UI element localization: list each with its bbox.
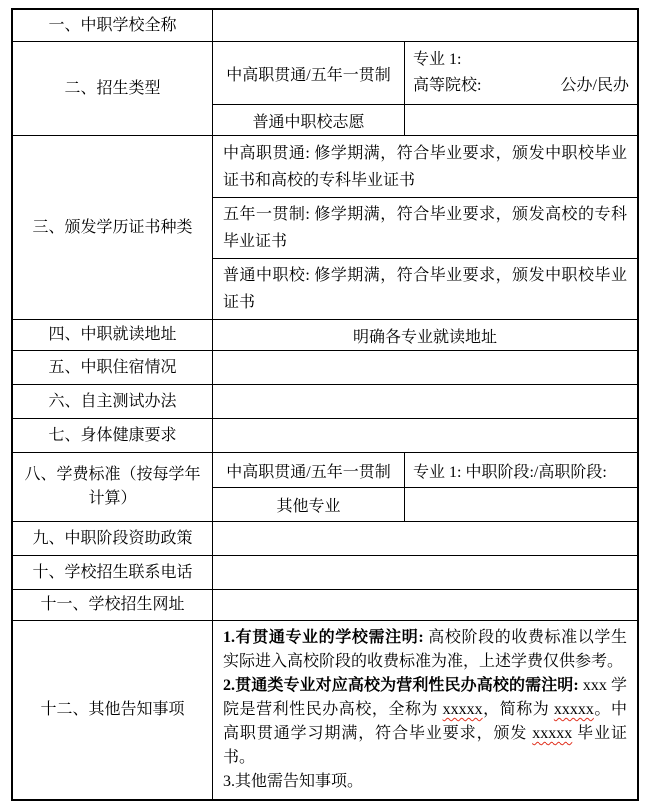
label-enrollment-type: 二、招生类型 [13, 42, 213, 135]
cell-tuition-through: 中高职贯通/五年一贯制 [213, 453, 405, 487]
label-self-test-text: 六、自主测试办法 [48, 390, 176, 414]
note-3-text: 3.其他需告知事项。 [223, 773, 363, 790]
enrollment-info-table: 一、中职学校全称 二、招生类型 中高职贯通/五年一贯制 专业 1: 高等院校: … [11, 8, 639, 801]
value-health-requirement [213, 419, 637, 452]
row-enrollment-type: 二、招生类型 中高职贯通/五年一贯制 专业 1: 高等院校: 公办/民办 普通中… [13, 41, 637, 135]
row-contact-phone: 十、学校招生联系电话 [13, 555, 637, 589]
note-2-seg2: ，简称为 [483, 701, 554, 718]
row-tuition: 八、学费标准（按每学年计算） 中高职贯通/五年一贯制 专业 1: 中职阶段:/高… [13, 452, 637, 521]
label-certificate-types: 三、颁发学历证书种类 [13, 136, 213, 319]
value-contact-phone [213, 556, 637, 589]
note-1-heading: 1.有贯通专业的学校需注明: [223, 629, 428, 646]
note-3: 3.其他需告知事项。 [223, 770, 627, 794]
label-subsidy-policy-text: 九、中职阶段资助政策 [32, 527, 192, 551]
row-subsidy-policy: 九、中职阶段资助政策 [13, 521, 637, 555]
label-certificate-types-text: 三、颁发学历证书种类 [32, 216, 192, 240]
label-health-requirement-text: 七、身体健康要求 [48, 424, 176, 448]
label-admission-website-text: 十一、学校招生网址 [40, 593, 184, 617]
value-self-test [213, 385, 637, 418]
note-1: 1.有贯通专业的学校需注明: 高校阶段的收费标准以学生实际进入高校阶段的收费标准… [223, 626, 627, 674]
label-other-notes-text: 十二、其他告知事项 [40, 698, 184, 722]
row-accommodation: 五、中职住宿情况 [13, 350, 637, 384]
label-accommodation-text: 五、中职住宿情况 [48, 356, 176, 380]
label-school-name-text: 一、中职学校全称 [48, 14, 176, 38]
label-school-name: 一、中职学校全称 [13, 10, 213, 41]
row-other-notes: 十二、其他告知事项 1.有贯通专业的学校需注明: 高校阶段的收费标准以学生实际进… [13, 620, 637, 799]
major-1-label: 专业 1: [413, 47, 629, 73]
certificate-cells: 中高职贯通: 修学期满，符合毕业要求，颁发中职校毕业证书和高校的专科毕业证书 五… [213, 136, 637, 319]
row-health-requirement: 七、身体健康要求 [13, 418, 637, 452]
enrollment-type-subrow-regular: 普通中职校志愿 [213, 104, 637, 135]
value-subsidy-policy [213, 522, 637, 555]
cert-item-through: 中高职贯通: 修学期满，符合毕业要求，颁发中职校毕业证书和高校的专科毕业证书 [213, 136, 637, 197]
label-health-requirement: 七、身体健康要求 [13, 419, 213, 452]
enrollment-type-cells: 中高职贯通/五年一贯制 专业 1: 高等院校: 公办/民办 普通中职校志愿 [213, 42, 637, 135]
cert-item-through-text: 中高职贯通: 修学期满，符合毕业要求，颁发中职校毕业证书和高校的专科毕业证书 [223, 140, 627, 194]
cell-tuition-major1: 专业 1: 中职阶段:/高职阶段: [405, 453, 637, 487]
label-contact-phone-text: 十、学校招生联系电话 [32, 561, 192, 585]
note-2-heading: 2.贯通类专业对应高校为营利性民办高校的需注明: [223, 677, 583, 694]
label-tuition-text: 八、学费标准（按每学年计算） [18, 463, 207, 511]
row-school-name: 一、中职学校全称 [13, 10, 637, 41]
ownership-label: 公办/民办 [561, 73, 629, 99]
cell-through-program: 中高职贯通/五年一贯制 [213, 42, 405, 104]
other-notes-content: 1.有贯通专业的学校需注明: 高校阶段的收费标准以学生实际进入高校阶段的收费标准… [213, 621, 637, 799]
value-admission-website [213, 590, 637, 620]
cert-item-regular: 普通中职校: 修学期满，符合毕业要求，颁发中职校毕业证书 [213, 258, 637, 319]
cert-item-regular-text: 普通中职校: 修学期满，符合毕业要求，颁发中职校毕业证书 [223, 262, 627, 316]
tuition-subrow-other: 其他专业 [213, 487, 637, 521]
label-contact-phone: 十、学校招生联系电话 [13, 556, 213, 589]
cell-regular-vocational-value [405, 105, 637, 135]
college-label: 高等院校: [413, 73, 481, 99]
label-subsidy-policy: 九、中职阶段资助政策 [13, 522, 213, 555]
value-accommodation [213, 351, 637, 384]
cell-tuition-other: 其他专业 [213, 488, 405, 521]
college-line: 高等院校: 公办/民办 [413, 73, 629, 99]
cell-regular-vocational: 普通中职校志愿 [213, 105, 405, 135]
label-study-address: 四、中职就读地址 [13, 320, 213, 350]
value-study-address-text: 明确各专业就读地址 [353, 324, 497, 347]
note-2-placeholder-short-name: xxxxx [554, 701, 594, 718]
row-certificate-types: 三、颁发学历证书种类 中高职贯通: 修学期满，符合毕业要求，颁发中职校毕业证书和… [13, 135, 637, 319]
label-enrollment-type-text: 二、招生类型 [64, 77, 160, 101]
cert-item-five-year: 五年一贯制: 修学期满，符合毕业要求，颁发高校的专科毕业证书 [213, 197, 637, 258]
label-study-address-text: 四、中职就读地址 [48, 323, 176, 347]
note-2: 2.贯通类专业对应高校为营利性民办高校的需注明: xxx 学院是营利性民办高校，… [223, 674, 627, 770]
row-study-address: 四、中职就读地址 明确各专业就读地址 [13, 319, 637, 350]
cell-tuition-other-value [405, 488, 637, 521]
cell-major-college-info: 专业 1: 高等院校: 公办/民办 [405, 42, 637, 104]
row-self-test: 六、自主测试办法 [13, 384, 637, 418]
tuition-cells: 中高职贯通/五年一贯制 专业 1: 中职阶段:/高职阶段: 其他专业 [213, 453, 637, 521]
label-tuition: 八、学费标准（按每学年计算） [13, 453, 213, 521]
row-admission-website: 十一、学校招生网址 [13, 589, 637, 620]
label-self-test: 六、自主测试办法 [13, 385, 213, 418]
note-2-placeholder-diploma-name: xxxxx [532, 725, 572, 742]
label-admission-website: 十一、学校招生网址 [13, 590, 213, 620]
value-school-name [213, 10, 637, 41]
note-2-placeholder-full-name: xxxxx [443, 701, 483, 718]
label-accommodation: 五、中职住宿情况 [13, 351, 213, 384]
label-other-notes: 十二、其他告知事项 [13, 621, 213, 799]
enrollment-type-subrow-through: 中高职贯通/五年一贯制 专业 1: 高等院校: 公办/民办 [213, 42, 637, 104]
value-study-address: 明确各专业就读地址 [213, 320, 637, 350]
tuition-subrow-through: 中高职贯通/五年一贯制 专业 1: 中职阶段:/高职阶段: [213, 453, 637, 487]
cert-item-five-year-text: 五年一贯制: 修学期满，符合毕业要求，颁发高校的专科毕业证书 [223, 201, 627, 255]
